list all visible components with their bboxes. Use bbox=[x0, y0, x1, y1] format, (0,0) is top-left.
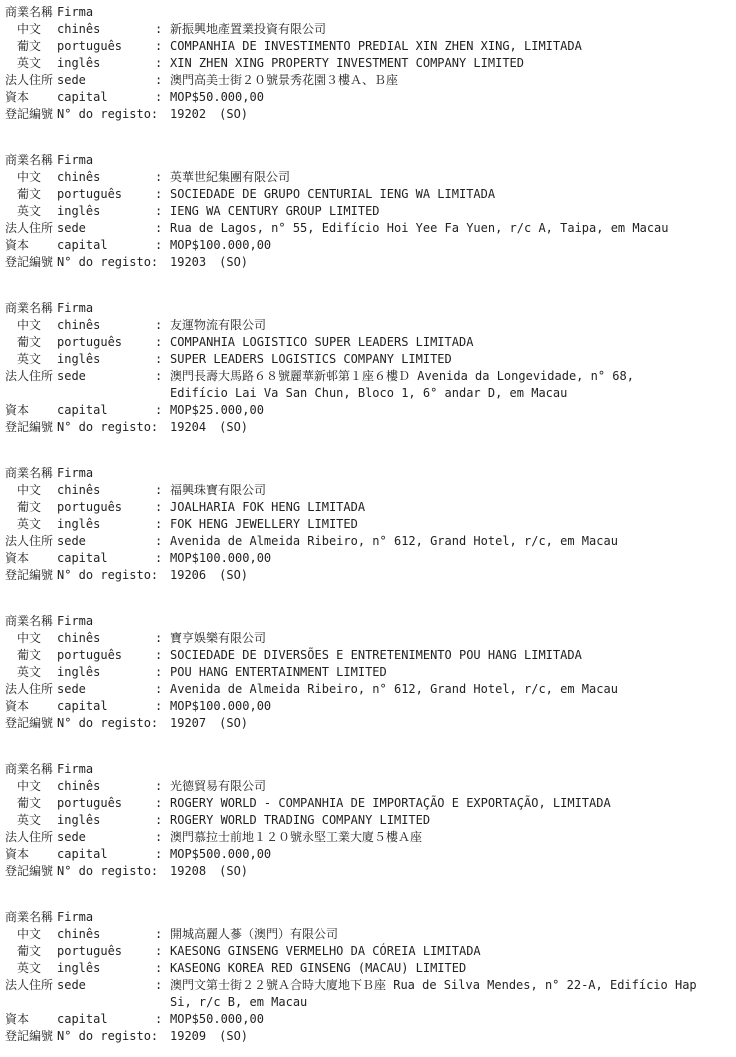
capital-label-zh: 資本 bbox=[5, 698, 57, 715]
colon-separator: : bbox=[155, 630, 170, 647]
firma-row: 商業名稱 Firma bbox=[5, 152, 730, 169]
registo-row: 登記編號 N° do registo: 19204(SO) bbox=[5, 419, 730, 436]
registo-row: 登記編號 N° do registo: 19203(SO) bbox=[5, 254, 730, 271]
sede-label-zh: 法人住所 bbox=[5, 72, 57, 89]
firma-row: 商業名稱 Firma bbox=[5, 613, 730, 630]
sede-label-zh: 法人住所 bbox=[5, 681, 57, 698]
chinese-label-zh: 中文 bbox=[5, 926, 57, 943]
chinese-label-zh: 中文 bbox=[5, 778, 57, 795]
english-name-row: 英文 inglês : FOK HENG JEWELLERY LIMITED bbox=[5, 516, 730, 533]
firma-row: 商業名稱 Firma bbox=[5, 300, 730, 317]
registry-entry: 商業名稱 Firma 中文 chinês : 友運物流有限公司 葡文 portu… bbox=[5, 300, 730, 436]
english-label-zh: 英文 bbox=[5, 664, 57, 681]
registo-label-zh: 登記編號 bbox=[5, 715, 57, 732]
chinese-name-value: 新振興地產置業投資有限公司 bbox=[170, 21, 730, 38]
capital-value: MOP$25.000,00 bbox=[170, 402, 730, 419]
portuguese-label-zh: 葡文 bbox=[5, 334, 57, 351]
chinese-label-pt: chinês bbox=[57, 317, 155, 334]
english-name-row: 英文 inglês : IENG WA CENTURY GROUP LIMITE… bbox=[5, 203, 730, 220]
sede-line: Edifício Lai Va San Chun, Bloco 1, 6° an… bbox=[170, 385, 730, 402]
firma-label-zh: 商業名稱 bbox=[5, 465, 57, 482]
chinese-name-row: 中文 chinês : 新振興地產置業投資有限公司 bbox=[5, 21, 730, 38]
sede-label-zh: 法人住所 bbox=[5, 220, 57, 237]
colon-separator: : bbox=[155, 846, 170, 863]
registry-document: 商業名稱 Firma 中文 chinês : 新振興地產置業投資有限公司 葡文 … bbox=[0, 0, 736, 1045]
registo-value: 19206(SO) bbox=[170, 567, 730, 584]
portuguese-name-value: JOALHARIA FOK HENG LIMITADA bbox=[170, 499, 730, 516]
english-name-value: KASEONG KOREA RED GINSENG (MACAU) LIMITE… bbox=[170, 960, 730, 977]
colon-separator: : bbox=[155, 647, 170, 664]
registo-label-pt: N° do registo: bbox=[57, 419, 170, 436]
firma-label-pt: Firma bbox=[57, 613, 155, 630]
chinese-label-pt: chinês bbox=[57, 778, 155, 795]
chinese-name-row: 中文 chinês : 寶亨娛樂有限公司 bbox=[5, 630, 730, 647]
portuguese-name-row: 葡文 português : SOCIEDADE DE DIVERSÕES E … bbox=[5, 647, 730, 664]
sede-line: 澳門長壽大馬路６８號麗華新邨第１座６樓Ｄ Avenida da Longevid… bbox=[170, 368, 730, 385]
firma-label-zh: 商業名稱 bbox=[5, 761, 57, 778]
sede-line: Rua de Lagos, n° 55, Edifício Hoi Yee Fa… bbox=[170, 220, 730, 237]
colon-separator: : bbox=[155, 55, 170, 72]
english-name-row: 英文 inglês : ROGERY WORLD TRADING COMPANY… bbox=[5, 812, 730, 829]
colon-separator: : bbox=[155, 38, 170, 55]
portuguese-label-pt: português bbox=[57, 186, 155, 203]
chinese-name-row: 中文 chinês : 開城高麗人蔘（澳門）有限公司 bbox=[5, 926, 730, 943]
registo-label-pt: N° do registo: bbox=[57, 715, 170, 732]
registo-label-pt: N° do registo: bbox=[57, 567, 170, 584]
capital-label-pt: capital bbox=[57, 89, 155, 106]
portuguese-name-row: 葡文 português : SOCIEDADE DE GRUPO CENTUR… bbox=[5, 186, 730, 203]
sede-label-pt: sede bbox=[57, 681, 155, 698]
firma-label-pt: Firma bbox=[57, 300, 155, 317]
colon-separator: : bbox=[155, 977, 170, 994]
sede-label-pt: sede bbox=[57, 220, 155, 237]
registo-so-mark: (SO) bbox=[219, 716, 248, 730]
chinese-name-value: 開城高麗人蔘（澳門）有限公司 bbox=[170, 926, 730, 943]
capital-label-zh: 資本 bbox=[5, 1011, 57, 1028]
sede-line: Avenida de Almeida Ribeiro, n° 612, Gran… bbox=[170, 681, 730, 698]
registo-number-value: 19202 bbox=[170, 107, 206, 121]
portuguese-label-pt: português bbox=[57, 943, 155, 960]
firma-label-zh: 商業名稱 bbox=[5, 300, 57, 317]
registo-number-value: 19207 bbox=[170, 716, 206, 730]
english-label-pt: inglês bbox=[57, 664, 155, 681]
capital-value: MOP$100.000,00 bbox=[170, 237, 730, 254]
capital-label-pt: capital bbox=[57, 402, 155, 419]
registo-number-value: 19203 bbox=[170, 255, 206, 269]
colon-separator: : bbox=[155, 664, 170, 681]
capital-label-zh: 資本 bbox=[5, 89, 57, 106]
firma-label-pt: Firma bbox=[57, 4, 155, 21]
chinese-name-row: 中文 chinês : 友運物流有限公司 bbox=[5, 317, 730, 334]
sede-label-zh: 法人住所 bbox=[5, 829, 57, 846]
registry-entry: 商業名稱 Firma 中文 chinês : 新振興地產置業投資有限公司 葡文 … bbox=[5, 4, 730, 123]
portuguese-label-pt: português bbox=[57, 334, 155, 351]
portuguese-label-zh: 葡文 bbox=[5, 647, 57, 664]
chinese-label-zh: 中文 bbox=[5, 169, 57, 186]
registo-number-value: 19204 bbox=[170, 420, 206, 434]
portuguese-label-pt: português bbox=[57, 795, 155, 812]
colon-separator: : bbox=[155, 499, 170, 516]
firma-label-pt: Firma bbox=[57, 909, 155, 926]
firma-label-zh: 商業名稱 bbox=[5, 152, 57, 169]
registo-so-mark: (SO) bbox=[219, 107, 248, 121]
capital-row: 資本 capital : MOP$100.000,00 bbox=[5, 698, 730, 715]
colon-separator: : bbox=[155, 351, 170, 368]
capital-value: MOP$500.000,00 bbox=[170, 846, 730, 863]
firma-label-pt: Firma bbox=[57, 152, 155, 169]
capital-label-pt: capital bbox=[57, 846, 155, 863]
chinese-label-zh: 中文 bbox=[5, 482, 57, 499]
registo-row: 登記編號 N° do registo: 19207(SO) bbox=[5, 715, 730, 732]
chinese-label-pt: chinês bbox=[57, 21, 155, 38]
capital-label-zh: 資本 bbox=[5, 237, 57, 254]
registo-value: 19202(SO) bbox=[170, 106, 730, 123]
colon-separator: : bbox=[155, 795, 170, 812]
colon-separator: : bbox=[155, 550, 170, 567]
capital-label-zh: 資本 bbox=[5, 846, 57, 863]
colon-separator: : bbox=[155, 533, 170, 550]
colon-separator: : bbox=[155, 220, 170, 237]
portuguese-name-value: SOCIEDADE DE GRUPO CENTURIAL IENG WA LIM… bbox=[170, 186, 730, 203]
sede-row: 法人住所 sede : 澳門文第士街２２號Ａ合時大廈地下Ｂ座 Rua de Si… bbox=[5, 977, 730, 1011]
capital-value: MOP$50.000,00 bbox=[170, 1011, 730, 1028]
english-label-zh: 英文 bbox=[5, 203, 57, 220]
firma-label-zh: 商業名稱 bbox=[5, 909, 57, 926]
registo-so-mark: (SO) bbox=[219, 1029, 248, 1043]
colon-separator: : bbox=[155, 698, 170, 715]
english-label-zh: 英文 bbox=[5, 960, 57, 977]
colon-separator: : bbox=[155, 89, 170, 106]
portuguese-name-value: COMPANHIA LOGISTICO SUPER LEADERS LIMITA… bbox=[170, 334, 730, 351]
registo-label-zh: 登記編號 bbox=[5, 567, 57, 584]
portuguese-name-value: SOCIEDADE DE DIVERSÕES E ENTRETENIMENTO … bbox=[170, 647, 730, 664]
portuguese-label-zh: 葡文 bbox=[5, 186, 57, 203]
portuguese-label-pt: português bbox=[57, 38, 155, 55]
colon-separator: : bbox=[155, 926, 170, 943]
sede-line: 澳門文第士街２２號Ａ合時大廈地下Ｂ座 Rua de Silva Mendes, … bbox=[170, 977, 730, 994]
english-name-value: IENG WA CENTURY GROUP LIMITED bbox=[170, 203, 730, 220]
capital-label-pt: capital bbox=[57, 698, 155, 715]
colon-separator: : bbox=[155, 169, 170, 186]
chinese-name-value: 英華世紀集團有限公司 bbox=[170, 169, 730, 186]
sede-label-pt: sede bbox=[57, 72, 155, 89]
firma-row: 商業名稱 Firma bbox=[5, 465, 730, 482]
english-label-pt: inglês bbox=[57, 960, 155, 977]
chinese-name-row: 中文 chinês : 光德貿易有限公司 bbox=[5, 778, 730, 795]
sede-value: 澳門高美士街２０號景秀花園３樓Ａ、Ｂ座 bbox=[170, 72, 730, 89]
firma-label-pt: Firma bbox=[57, 465, 155, 482]
colon-separator: : bbox=[155, 402, 170, 419]
registo-label-pt: N° do registo: bbox=[57, 254, 170, 271]
chinese-label-zh: 中文 bbox=[5, 21, 57, 38]
colon-separator: : bbox=[155, 482, 170, 499]
registo-number-value: 19206 bbox=[170, 568, 206, 582]
registo-row: 登記編號 N° do registo: 19209(SO) bbox=[5, 1028, 730, 1045]
colon-separator: : bbox=[155, 237, 170, 254]
chinese-name-row: 中文 chinês : 福興珠寶有限公司 bbox=[5, 482, 730, 499]
colon-separator: : bbox=[155, 829, 170, 846]
capital-label-pt: capital bbox=[57, 237, 155, 254]
registo-value: 19209(SO) bbox=[170, 1028, 730, 1045]
english-label-zh: 英文 bbox=[5, 55, 57, 72]
registry-entry: 商業名稱 Firma 中文 chinês : 開城高麗人蔘（澳門）有限公司 葡文… bbox=[5, 909, 730, 1045]
colon-separator: : bbox=[155, 778, 170, 795]
portuguese-name-value: ROGERY WORLD - COMPANHIA DE IMPORTAÇÃO E… bbox=[170, 795, 730, 812]
capital-row: 資本 capital : MOP$100.000,00 bbox=[5, 550, 730, 567]
english-label-pt: inglês bbox=[57, 203, 155, 220]
capital-value: MOP$50.000,00 bbox=[170, 89, 730, 106]
chinese-label-zh: 中文 bbox=[5, 317, 57, 334]
capital-row: 資本 capital : MOP$100.000,00 bbox=[5, 237, 730, 254]
registo-number-value: 19209 bbox=[170, 1029, 206, 1043]
sede-label-pt: sede bbox=[57, 829, 155, 846]
registo-label-zh: 登記編號 bbox=[5, 419, 57, 436]
sede-line: Si, r/c B, em Macau bbox=[170, 994, 730, 1011]
portuguese-name-row: 葡文 português : KAESONG GINSENG VERMELHO … bbox=[5, 943, 730, 960]
colon-separator: : bbox=[155, 516, 170, 533]
portuguese-label-pt: português bbox=[57, 647, 155, 664]
capital-value: MOP$100.000,00 bbox=[170, 698, 730, 715]
registo-value: 19204(SO) bbox=[170, 419, 730, 436]
capital-label-zh: 資本 bbox=[5, 550, 57, 567]
firma-label-zh: 商業名稱 bbox=[5, 4, 57, 21]
sede-row: 法人住所 sede : 澳門高美士街２０號景秀花園３樓Ａ、Ｂ座 bbox=[5, 72, 730, 89]
sede-value: Avenida de Almeida Ribeiro, n° 612, Gran… bbox=[170, 681, 730, 698]
capital-row: 資本 capital : MOP$50.000,00 bbox=[5, 89, 730, 106]
registo-so-mark: (SO) bbox=[219, 420, 248, 434]
chinese-name-value: 福興珠寶有限公司 bbox=[170, 482, 730, 499]
english-label-zh: 英文 bbox=[5, 516, 57, 533]
english-label-pt: inglês bbox=[57, 516, 155, 533]
sede-row: 法人住所 sede : Avenida de Almeida Ribeiro, … bbox=[5, 533, 730, 550]
chinese-name-value: 友運物流有限公司 bbox=[170, 317, 730, 334]
firma-row: 商業名稱 Firma bbox=[5, 4, 730, 21]
capital-row: 資本 capital : MOP$25.000,00 bbox=[5, 402, 730, 419]
chinese-name-value: 寶亨娛樂有限公司 bbox=[170, 630, 730, 647]
registo-row: 登記編號 N° do registo: 19206(SO) bbox=[5, 567, 730, 584]
colon-separator: : bbox=[155, 812, 170, 829]
portuguese-label-zh: 葡文 bbox=[5, 38, 57, 55]
portuguese-name-row: 葡文 português : COMPANHIA LOGISTICO SUPER… bbox=[5, 334, 730, 351]
registo-label-zh: 登記編號 bbox=[5, 106, 57, 123]
sede-row: 法人住所 sede : Rua de Lagos, n° 55, Edifíci… bbox=[5, 220, 730, 237]
english-name-value: ROGERY WORLD TRADING COMPANY LIMITED bbox=[170, 812, 730, 829]
capital-row: 資本 capital : MOP$500.000,00 bbox=[5, 846, 730, 863]
registo-so-mark: (SO) bbox=[219, 864, 248, 878]
portuguese-name-row: 葡文 português : JOALHARIA FOK HENG LIMITA… bbox=[5, 499, 730, 516]
registo-label-pt: N° do registo: bbox=[57, 1028, 170, 1045]
registo-label-zh: 登記編號 bbox=[5, 1028, 57, 1045]
sede-value: 澳門慕拉士前地１２０號永堅工業大廈５樓Ａ座 bbox=[170, 829, 730, 846]
sede-line: 澳門慕拉士前地１２０號永堅工業大廈５樓Ａ座 bbox=[170, 829, 730, 846]
english-name-value: XIN ZHEN XING PROPERTY INVESTMENT COMPAN… bbox=[170, 55, 730, 72]
firma-label-pt: Firma bbox=[57, 761, 155, 778]
colon-separator: : bbox=[155, 203, 170, 220]
sede-line: 澳門高美士街２０號景秀花園３樓Ａ、Ｂ座 bbox=[170, 72, 730, 89]
sede-line: Avenida de Almeida Ribeiro, n° 612, Gran… bbox=[170, 533, 730, 550]
firma-row: 商業名稱 Firma bbox=[5, 909, 730, 926]
english-label-zh: 英文 bbox=[5, 812, 57, 829]
portuguese-label-zh: 葡文 bbox=[5, 943, 57, 960]
colon-separator: : bbox=[155, 943, 170, 960]
registo-so-mark: (SO) bbox=[219, 255, 248, 269]
capital-label-pt: capital bbox=[57, 550, 155, 567]
sede-label-pt: sede bbox=[57, 533, 155, 550]
sede-value: 澳門文第士街２２號Ａ合時大廈地下Ｂ座 Rua de Silva Mendes, … bbox=[170, 977, 730, 1011]
capital-value: MOP$100.000,00 bbox=[170, 550, 730, 567]
english-label-pt: inglês bbox=[57, 55, 155, 72]
registry-entry: 商業名稱 Firma 中文 chinês : 光德貿易有限公司 葡文 portu… bbox=[5, 761, 730, 880]
registry-entry: 商業名稱 Firma 中文 chinês : 福興珠寶有限公司 葡文 portu… bbox=[5, 465, 730, 584]
registo-number-value: 19208 bbox=[170, 864, 206, 878]
firma-row: 商業名稱 Firma bbox=[5, 761, 730, 778]
colon-separator: : bbox=[155, 72, 170, 89]
portuguese-name-row: 葡文 português : COMPANHIA DE INVESTIMENTO… bbox=[5, 38, 730, 55]
sede-label-pt: sede bbox=[57, 368, 155, 385]
chinese-name-value: 光德貿易有限公司 bbox=[170, 778, 730, 795]
capital-row: 資本 capital : MOP$50.000,00 bbox=[5, 1011, 730, 1028]
english-label-pt: inglês bbox=[57, 351, 155, 368]
english-label-pt: inglês bbox=[57, 812, 155, 829]
registry-entry: 商業名稱 Firma 中文 chinês : 英華世紀集團有限公司 葡文 por… bbox=[5, 152, 730, 271]
portuguese-name-value: KAESONG GINSENG VERMELHO DA CÓREIA LIMIT… bbox=[170, 943, 730, 960]
english-name-row: 英文 inglês : KASEONG KOREA RED GINSENG (M… bbox=[5, 960, 730, 977]
portuguese-label-pt: português bbox=[57, 499, 155, 516]
sede-row: 法人住所 sede : 澳門慕拉士前地１２０號永堅工業大廈５樓Ａ座 bbox=[5, 829, 730, 846]
portuguese-label-zh: 葡文 bbox=[5, 795, 57, 812]
registo-value: 19203(SO) bbox=[170, 254, 730, 271]
chinese-label-pt: chinês bbox=[57, 630, 155, 647]
portuguese-label-zh: 葡文 bbox=[5, 499, 57, 516]
chinese-label-pt: chinês bbox=[57, 169, 155, 186]
sede-row: 法人住所 sede : 澳門長壽大馬路６８號麗華新邨第１座６樓Ｄ Avenida… bbox=[5, 368, 730, 402]
portuguese-name-value: COMPANHIA DE INVESTIMENTO PREDIAL XIN ZH… bbox=[170, 38, 730, 55]
registo-so-mark: (SO) bbox=[219, 568, 248, 582]
english-name-row: 英文 inglês : XIN ZHEN XING PROPERTY INVES… bbox=[5, 55, 730, 72]
capital-label-zh: 資本 bbox=[5, 402, 57, 419]
chinese-label-pt: chinês bbox=[57, 926, 155, 943]
chinese-label-zh: 中文 bbox=[5, 630, 57, 647]
sede-value: 澳門長壽大馬路６８號麗華新邨第１座６樓Ｄ Avenida da Longevid… bbox=[170, 368, 730, 402]
english-name-row: 英文 inglês : POU HANG ENTERTAINMENT LIMIT… bbox=[5, 664, 730, 681]
colon-separator: : bbox=[155, 960, 170, 977]
english-name-value: FOK HENG JEWELLERY LIMITED bbox=[170, 516, 730, 533]
sede-label-zh: 法人住所 bbox=[5, 977, 57, 994]
registo-label-zh: 登記編號 bbox=[5, 254, 57, 271]
colon-separator: : bbox=[155, 334, 170, 351]
registo-label-pt: N° do registo: bbox=[57, 106, 170, 123]
colon-separator: : bbox=[155, 317, 170, 334]
sede-label-pt: sede bbox=[57, 977, 155, 994]
english-name-row: 英文 inglês : SUPER LEADERS LOGISTICS COMP… bbox=[5, 351, 730, 368]
registo-row: 登記編號 N° do registo: 19208(SO) bbox=[5, 863, 730, 880]
chinese-label-pt: chinês bbox=[57, 482, 155, 499]
colon-separator: : bbox=[155, 21, 170, 38]
english-name-value: POU HANG ENTERTAINMENT LIMITED bbox=[170, 664, 730, 681]
colon-separator: : bbox=[155, 681, 170, 698]
sede-row: 法人住所 sede : Avenida de Almeida Ribeiro, … bbox=[5, 681, 730, 698]
sede-value: Avenida de Almeida Ribeiro, n° 612, Gran… bbox=[170, 533, 730, 550]
registo-row: 登記編號 N° do registo: 19202(SO) bbox=[5, 106, 730, 123]
registry-entry: 商業名稱 Firma 中文 chinês : 寶亨娛樂有限公司 葡文 portu… bbox=[5, 613, 730, 732]
english-name-value: SUPER LEADERS LOGISTICS COMPANY LIMITED bbox=[170, 351, 730, 368]
sede-label-zh: 法人住所 bbox=[5, 533, 57, 550]
capital-label-pt: capital bbox=[57, 1011, 155, 1028]
colon-separator: : bbox=[155, 368, 170, 385]
firma-label-zh: 商業名稱 bbox=[5, 613, 57, 630]
registo-label-pt: N° do registo: bbox=[57, 863, 170, 880]
english-label-zh: 英文 bbox=[5, 351, 57, 368]
portuguese-name-row: 葡文 português : ROGERY WORLD - COMPANHIA … bbox=[5, 795, 730, 812]
sede-value: Rua de Lagos, n° 55, Edifício Hoi Yee Fa… bbox=[170, 220, 730, 237]
registo-value: 19208(SO) bbox=[170, 863, 730, 880]
registo-value: 19207(SO) bbox=[170, 715, 730, 732]
registo-label-zh: 登記編號 bbox=[5, 863, 57, 880]
colon-separator: : bbox=[155, 186, 170, 203]
colon-separator: : bbox=[155, 1011, 170, 1028]
sede-label-zh: 法人住所 bbox=[5, 368, 57, 385]
chinese-name-row: 中文 chinês : 英華世紀集團有限公司 bbox=[5, 169, 730, 186]
